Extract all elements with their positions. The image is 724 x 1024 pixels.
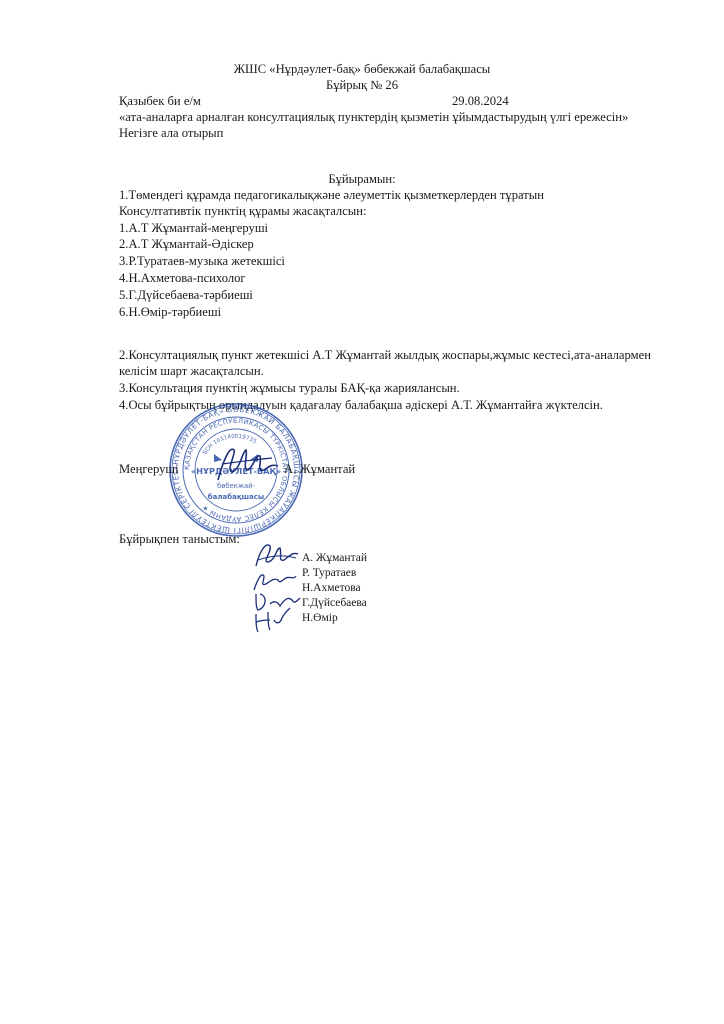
signature-icon (250, 570, 300, 592)
item-1-line-1: 1.Төмендегі құрамда педагогикалықжәне әл… (119, 188, 544, 203)
acquainted-name: А. Жұмантай (302, 551, 367, 566)
head-name: А. Жұмантай (284, 462, 355, 477)
member-item: 1.А.Т Жұмантай-меңгеруші (119, 221, 268, 236)
svg-text:балабақшасы: балабақшасы (208, 493, 264, 501)
member-item: 4.Н.Ахметова-психолог (119, 271, 246, 286)
document-page: ЖШС «Нұрдәулет-бақ» бөбекжай балабақшасы… (0, 0, 724, 1024)
org-title: ЖШС «Нұрдәулет-бақ» бөбекжай балабақшасы (0, 62, 724, 77)
item-3: 3.Консультация пунктің жұмысы туралы БАҚ… (119, 381, 460, 396)
member-item: 3.Р.Туратаев-музыка жетекшісі (119, 254, 285, 269)
acquainted-label: Бұйрықпен таныстым: (119, 532, 240, 547)
basis-line-2: Негізге ала отырып (119, 126, 223, 141)
place: Қазыбек би е/м (119, 94, 201, 109)
item-1-line-2: Консултативтік пунктің құрамы жасақталсы… (119, 204, 367, 219)
signature-icon (252, 606, 292, 634)
acquainted-name: Р. Туратаев (302, 566, 356, 581)
item-2-line-2: келісім шарт жасақталсын. (119, 364, 264, 379)
head-signature-icon (212, 440, 282, 485)
acquainted-name: Н.Өмір (302, 611, 338, 626)
member-item: 6.Н.Өмір-тәрбиеші (119, 305, 221, 320)
basis-line-1: «ата-аналарға арналған консултациялық пу… (119, 110, 628, 125)
member-item: 2.А.Т Жұмантай-Әдіскер (119, 237, 254, 252)
head-label: Меңгеруші (119, 462, 179, 477)
acquainted-name: Г.Дүйсебаева (302, 596, 367, 611)
order-title: Бұйрық № 26 (0, 78, 724, 93)
member-item: 5.Г.Дүйсебаева-тәрбиеші (119, 288, 253, 303)
order-date: 29.08.2024 (452, 94, 509, 109)
signature-icon (252, 540, 302, 570)
acquainted-name: Н.Ахметова (302, 581, 361, 596)
item-2-line-1: 2.Консултациялық пункт жетекшісі А.Т Жұм… (119, 348, 651, 363)
order-heading: Бұйырамын: (0, 172, 724, 187)
